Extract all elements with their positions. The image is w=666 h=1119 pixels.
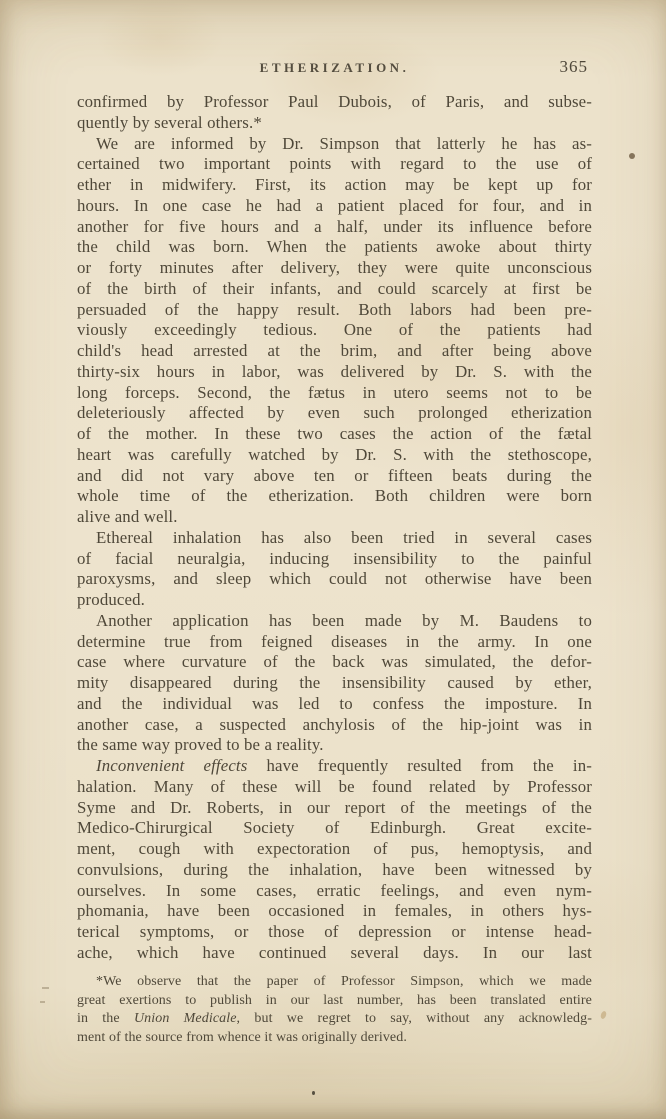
text-segment: ourselves. In some cases, erratic feelin… [77, 881, 592, 900]
page-header: ETHERIZATION. 365 [77, 57, 592, 81]
text-segment: *We observe that the paper of Professor … [96, 974, 592, 989]
body-text: confirmed by Professor Paul Dubois, of P… [77, 92, 592, 964]
text-line: persuaded of the happy result. Both labo… [77, 300, 592, 321]
text-segment: Ethereal inhalation has also been tried … [96, 528, 592, 547]
text-segment: ment, cough with expectoration of pus, h… [77, 839, 592, 858]
text-line: another case, a suspected anchylosis of … [77, 715, 592, 736]
text-segment: great exertions to publish in our last n… [77, 993, 592, 1008]
text-segment: hours. In one case he had a patient plac… [77, 196, 592, 215]
text-line: great exertions to publish in our last n… [77, 992, 592, 1011]
text-segment: ether in midwifery. First, its action ma… [77, 175, 592, 194]
text-line: terical symptoms, or those of depression… [77, 922, 592, 943]
text-segment: whole time of the etherization. Both chi… [77, 486, 592, 505]
text-segment: the same way proved to be a reality. [77, 735, 324, 754]
text-line: and did not vary above ten or fifteen be… [77, 466, 592, 487]
text-segment: terical symptoms, or those of depression… [77, 922, 592, 941]
text-segment: another for five hours and a half, under… [77, 217, 592, 236]
ink-speck [312, 1091, 315, 1095]
text-line: whole time of the etherization. Both chi… [77, 486, 592, 507]
text-line: deleteriously affected by even such prol… [77, 403, 592, 424]
text-line: ether in midwifery. First, its action ma… [77, 175, 592, 196]
paragraph: Another application has been made by M. … [77, 611, 592, 756]
text-line: certained two important points with rega… [77, 154, 592, 175]
text-segment: deleteriously affected by even such prol… [77, 403, 592, 422]
text-segment: and the individual was led to confess th… [77, 694, 592, 713]
text-line: thirty-six hours in labor, was delivered… [77, 362, 592, 383]
text-line: halation. Many of these will be found re… [77, 777, 592, 798]
text-segment: ment of the source from whence it was or… [77, 1030, 407, 1045]
text-segment: , but we regret to say, without any ackn… [237, 1011, 592, 1026]
paragraph: Inconvenient effects have frequently res… [77, 756, 592, 964]
text-segment: heart was carefully watched by Dr. S. wi… [77, 445, 592, 464]
text-line: Syme and Dr. Roberts, in our report of t… [77, 798, 592, 819]
ink-speck [629, 153, 635, 159]
text-line: long forceps. Second, the fætus in utero… [77, 383, 592, 404]
text-segment: in the [77, 1011, 134, 1026]
text-segment: Another application has been made by M. … [96, 611, 592, 630]
page-number: 365 [560, 57, 589, 77]
text-segment: case where curvature of the back was sim… [77, 652, 592, 671]
margin-mark [40, 1001, 45, 1003]
text-line: phomania, have been occasioned in female… [77, 901, 592, 922]
footnote: *We observe that the paper of Professor … [77, 973, 592, 1047]
text-segment: thirty-six hours in labor, was delivered… [77, 362, 592, 381]
text-line: case where curvature of the back was sim… [77, 652, 592, 673]
text-segment: Syme and Dr. Roberts, in our report of t… [77, 798, 592, 817]
paragraph: We are informed by Dr. Simpson that latt… [77, 134, 592, 528]
text-segment: paroxysms, and sleep which could not oth… [77, 569, 592, 588]
text-line: hours. In one case he had a patient plac… [77, 196, 592, 217]
text-segment: quently by several others.* [77, 113, 262, 132]
paragraph: confirmed by Professor Paul Dubois, of P… [77, 92, 592, 134]
text-segment: another case, a suspected anchylosis of … [77, 715, 592, 734]
text-line: viously exceedingly tedious. One of the … [77, 320, 592, 341]
text-segment: the child was born. When the patients aw… [77, 237, 592, 256]
paragraph: Ethereal inhalation has also been tried … [77, 528, 592, 611]
text-segment: ache, which have continued several days.… [77, 943, 592, 962]
text-line: ache, which have continued several days.… [77, 943, 592, 964]
text-segment: child's head arrested at the brim, and a… [77, 341, 592, 360]
text-segment: phomania, have been occasioned in female… [77, 901, 592, 920]
text-segment: have frequently resulted from the in- [247, 756, 592, 775]
text-line: the child was born. When the patients aw… [77, 237, 592, 258]
text-segment: of the mother. In these two cases the ac… [77, 424, 592, 443]
text-segment: mity disappeared during the insensibilit… [77, 673, 592, 692]
text-line: *We observe that the paper of Professor … [77, 973, 592, 992]
text-segment: convulsions, during the inhalation, have… [77, 860, 592, 879]
text-line: convulsions, during the inhalation, have… [77, 860, 592, 881]
text-segment: alive and well. [77, 507, 178, 526]
text-segment: produced. [77, 590, 145, 609]
text-line: Another application has been made by M. … [77, 611, 592, 632]
scanned-book-page: { "colors": { "paper": "#ece2cb", "ink":… [0, 0, 666, 1119]
text-line: ment of the source from whence it was or… [77, 1029, 592, 1048]
paper-stain [600, 1010, 607, 1019]
text-line: or forty minutes after delivery, they we… [77, 258, 592, 279]
text-segment: determine true from feigned diseases in … [77, 632, 592, 651]
text-line: the same way proved to be a reality. [77, 735, 592, 756]
text-segment: of facial neuralgia, inducing insensibil… [77, 549, 592, 568]
text-line: mity disappeared during the insensibilit… [77, 673, 592, 694]
text-line: quently by several others.* [77, 113, 592, 134]
text-segment: and did not vary above ten or fifteen be… [77, 466, 592, 485]
text-segment: or forty minutes after delivery, they we… [77, 258, 592, 277]
text-line: in the Union Medicale, but we regret to … [77, 1010, 592, 1029]
text-segment: confirmed by Professor Paul Dubois, of P… [77, 92, 592, 111]
text-line: of the birth of their infants, and could… [77, 279, 592, 300]
text-line: paroxysms, and sleep which could not oth… [77, 569, 592, 590]
text-line: heart was carefully watched by Dr. S. wi… [77, 445, 592, 466]
text-line: child's head arrested at the brim, and a… [77, 341, 592, 362]
text-line: Inconvenient effects have frequently res… [77, 756, 592, 777]
text-segment: Medico-Chirurgical Society of Edinburgh.… [77, 818, 592, 837]
italic-text: Inconvenient effects [96, 756, 247, 775]
text-segment: of the birth of their infants, and could… [77, 279, 592, 298]
text-segment: viously exceedingly tedious. One of the … [77, 320, 592, 339]
text-segment: persuaded of the happy result. Both labo… [77, 300, 592, 319]
text-line: alive and well. [77, 507, 592, 528]
text-segment: We are informed by Dr. Simpson that latt… [96, 134, 592, 153]
text-line: another for five hours and a half, under… [77, 217, 592, 238]
text-segment: certained two important points with rega… [77, 154, 592, 173]
text-line: produced. [77, 590, 592, 611]
text-line: determine true from feigned diseases in … [77, 632, 592, 653]
text-line: of the mother. In these two cases the ac… [77, 424, 592, 445]
text-segment: halation. Many of these will be found re… [77, 777, 592, 796]
page-background: ETHERIZATION. 365 confirmed by Professor… [0, 0, 666, 1119]
text-line: ment, cough with expectoration of pus, h… [77, 839, 592, 860]
text-segment: long forceps. Second, the fætus in utero… [77, 383, 592, 402]
text-line: We are informed by Dr. Simpson that latt… [77, 134, 592, 155]
text-line: confirmed by Professor Paul Dubois, of P… [77, 92, 592, 113]
text-line: and the individual was led to confess th… [77, 694, 592, 715]
running-title: ETHERIZATION. [77, 60, 592, 76]
italic-text: Union Medicale [134, 1011, 237, 1026]
text-line: Ethereal inhalation has also been tried … [77, 528, 592, 549]
margin-mark [42, 987, 49, 989]
text-line: of facial neuralgia, inducing insensibil… [77, 549, 592, 570]
text-line: Medico-Chirurgical Society of Edinburgh.… [77, 818, 592, 839]
text-line: ourselves. In some cases, erratic feelin… [77, 881, 592, 902]
